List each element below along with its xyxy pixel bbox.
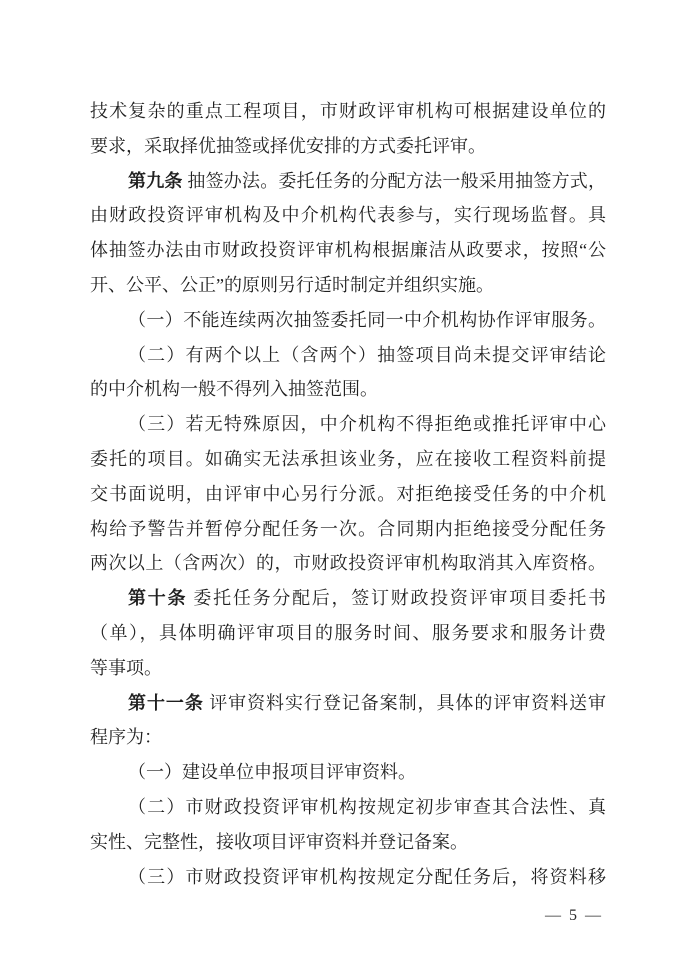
text-line: 第十条 委托任务分配后，签订财政投资评审项目委托书 [90,581,606,616]
text-line: （二）有两个以上（含两个）抽签项目尚未提交评审结论 [90,338,606,373]
text-line-content: （三）市财政投资评审机构按规定分配任务后，将资料移 [128,867,606,887]
text-line: 等事项。 [90,651,606,686]
article-heading: 第十条 [128,588,187,608]
text-line-content: 两次以上（含两次）的，市财政投资评审机构取消其入库资格。 [90,553,606,573]
page-number: — 5 — [536,903,612,929]
article-heading: 第九条 [128,171,183,191]
text-line-content: 开、公平、公正”的原则另行适时制定并组织实施。 [90,275,494,295]
text-line-content: 体抽签办法由市财政投资评审机构根据廉洁从政要求，按照“公 [90,240,606,260]
text-line: 第十一条 评审资料实行登记备案制，具体的评审资料送审 [90,686,606,721]
text-line: （一）建设单位申报项目评审资料。 [90,755,606,790]
text-line: 委托的项目。如确实无法承担该业务，应在接收工程资料前提 [90,442,606,477]
scanned-document-page: 技术复杂的重点工程项目，市财政评审机构可根据建设单位的要求，采取择优抽签或择优安… [0,0,690,976]
text-line-content: 技术复杂的重点工程项目，市财政评审机构可根据建设单位的 [90,101,606,121]
text-line-content: 的中介机构一般不得列入抽签范围。 [90,379,378,399]
text-line-content: 抽签办法。委托任务的分配方法一般采用抽签方式， [187,171,606,191]
text-line-content: 程序为： [90,727,162,747]
text-line: 技术复杂的重点工程项目，市财政评审机构可根据建设单位的 [90,94,606,129]
text-line-content: （一）不能连续两次抽签委托同一中介机构协作评审服务。 [128,310,606,330]
text-line-content: 委托的项目。如确实无法承担该业务，应在接收工程资料前提 [90,449,606,469]
article-heading: 第十一条 [128,693,204,713]
text-line: 程序为： [90,720,606,755]
text-line-content: 要求，采取择优抽签或择优安排的方式委托评审。 [90,136,486,156]
text-line: 由财政投资评审机构及中介机构代表参与，实行现场监督。具 [90,198,606,233]
text-line-content: （单），具体明确评审项目的服务时间、服务要求和服务计费 [90,623,606,643]
text-line-content: 委托任务分配后，签订财政投资评审项目委托书 [193,588,606,608]
text-line: 第九条 抽签办法。委托任务的分配方法一般采用抽签方式， [90,164,606,199]
text-line: （单），具体明确评审项目的服务时间、服务要求和服务计费 [90,616,606,651]
text-line-content: 构给予警告并暂停分配任务一次。合同期内拒绝接受分配任务 [90,519,606,539]
text-line-content: （二）有两个以上（含两个）抽签项目尚未提交评审结论 [128,345,606,365]
text-line: 构给予警告并暂停分配任务一次。合同期内拒绝接受分配任务 [90,512,606,547]
text-line-content: 交书面说明，由评审中心另行分派。对拒绝接受任务的中介机 [90,484,606,504]
text-line-content: 等事项。 [90,658,162,678]
text-line-content: （三）若无特殊原因，中介机构不得拒绝或推托评审中心 [128,414,606,434]
text-line-content: 评审资料实行登记备案制，具体的评审资料送审 [209,693,606,713]
text-line: 的中介机构一般不得列入抽签范围。 [90,372,606,407]
document-body-text: 技术复杂的重点工程项目，市财政评审机构可根据建设单位的要求，采取择优抽签或择优安… [90,94,606,894]
text-line: 交书面说明，由评审中心另行分派。对拒绝接受任务的中介机 [90,477,606,512]
text-line: 开、公平、公正”的原则另行适时制定并组织实施。 [90,268,606,303]
text-line-content: 实性、完整性，接收项目评审资料并登记备案。 [90,832,468,852]
text-line: （二）市财政投资评审机构按规定初步审查其合法性、真 [90,790,606,825]
text-line: 实性、完整性，接收项目评审资料并登记备案。 [90,825,606,860]
text-line: 两次以上（含两次）的，市财政投资评审机构取消其入库资格。 [90,546,606,581]
text-line-content: （二）市财政投资评审机构按规定初步审查其合法性、真 [128,797,606,817]
text-line: 要求，采取择优抽签或择优安排的方式委托评审。 [90,129,606,164]
text-line: （三）市财政投资评审机构按规定分配任务后，将资料移 [90,860,606,895]
text-line: （三）若无特殊原因，中介机构不得拒绝或推托评审中心 [90,407,606,442]
text-line-content: （一）建设单位申报项目评审资料。 [128,762,416,782]
text-line-content: 由财政投资评审机构及中介机构代表参与，实行现场监督。具 [90,205,606,225]
text-line: （一）不能连续两次抽签委托同一中介机构协作评审服务。 [90,303,606,338]
text-line: 体抽签办法由市财政投资评审机构根据廉洁从政要求，按照“公 [90,233,606,268]
